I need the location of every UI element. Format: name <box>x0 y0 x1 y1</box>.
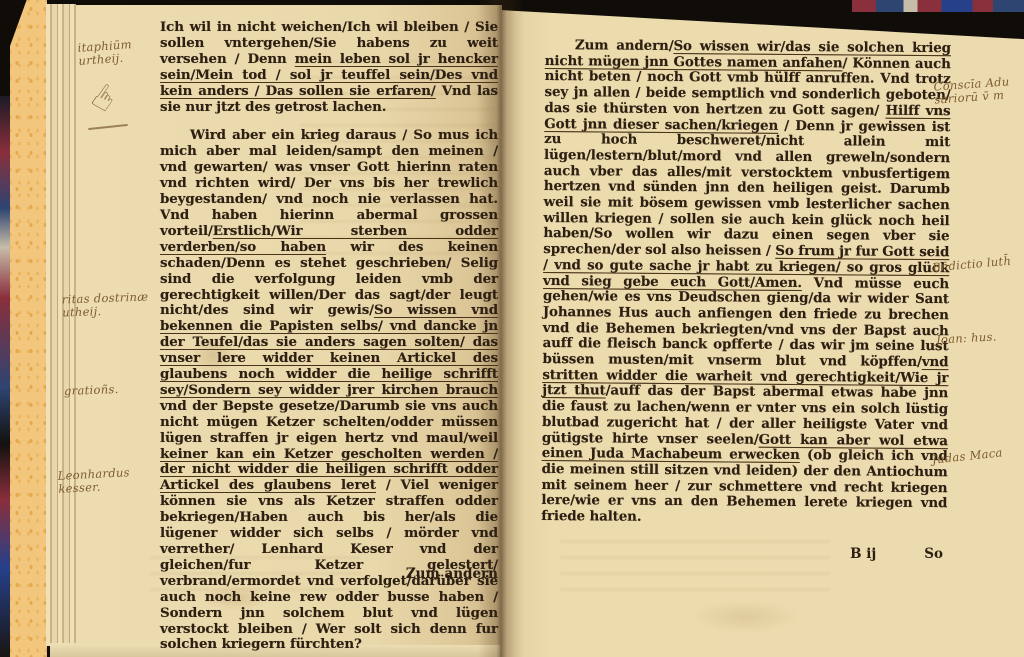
left-page-catchword: Zum andern <box>160 566 502 582</box>
margin-note-conscientia-adversariorum: Conscīa Adu sariorū v̄ m <box>933 75 1011 106</box>
right-page-text: Zum andern/So wissen wir/das sie solchen… <box>541 38 951 528</box>
paragraph: Zum andern/So wissen wir/das sie solchen… <box>541 38 951 528</box>
left-page-text: Ich wil in nicht weichen/Ich wil bleiben… <box>160 20 498 653</box>
right-page-signature-row: B ij So <box>545 546 951 562</box>
page-edge-stack <box>46 4 76 646</box>
right-page-catchword: So <box>924 546 943 562</box>
book-scan: Ich wil in nicht weichen/Ich wil bleiben… <box>0 0 1024 657</box>
signature-mark: B ij <box>850 546 876 562</box>
margin-note-leonhardus-kesser: Leonhardus kesser. <box>57 466 130 496</box>
margin-note-gratians: gratioñs. <box>64 383 119 398</box>
endpaper-strip <box>10 0 47 657</box>
marbled-cover-top-edge <box>852 0 1024 12</box>
margin-note-line: gratioñs. <box>64 383 119 398</box>
margin-note-veritas-doctrinae: ritas dostrinæ utheij. <box>62 290 149 319</box>
paragraph: Ich wil in nicht weichen/Ich wil bleiben… <box>160 20 498 115</box>
margin-note-epitaphium: itaphiūm urtheij. <box>77 38 133 68</box>
